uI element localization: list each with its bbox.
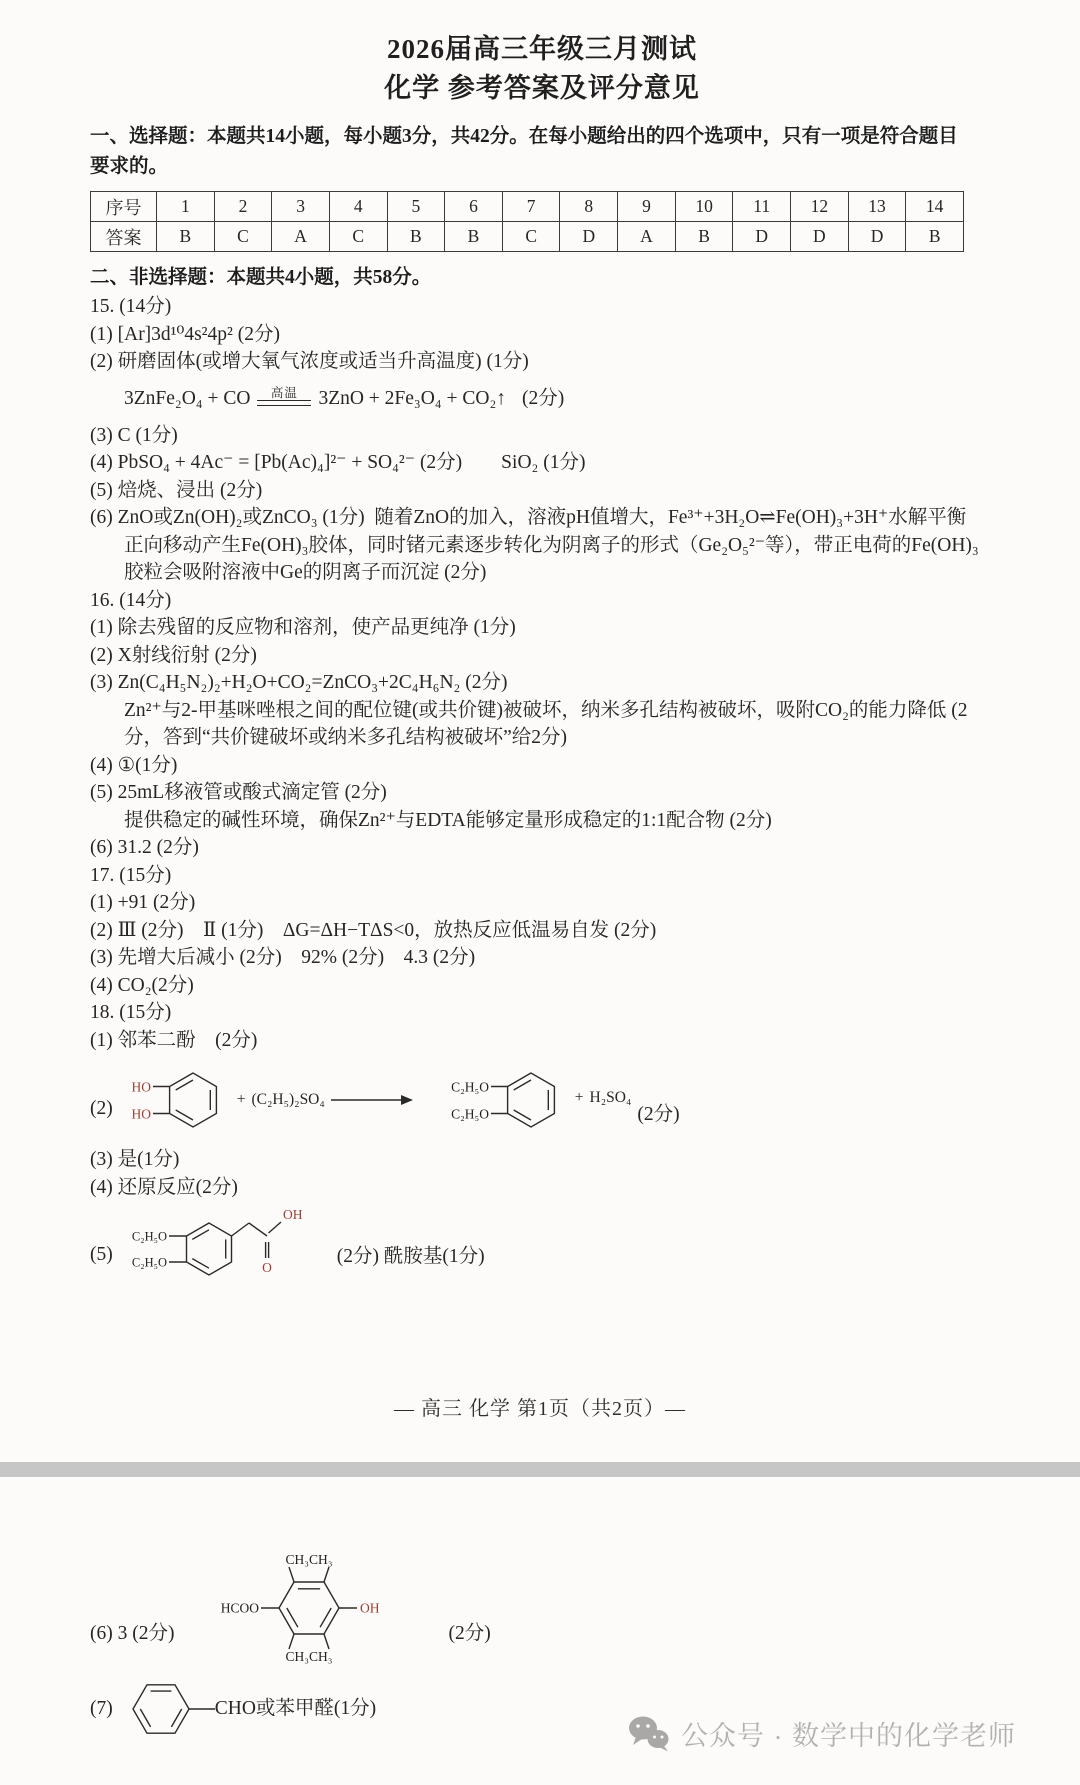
q16-item-2: (2) X射线衍射 (2分) bbox=[90, 642, 994, 670]
table-cell: B bbox=[445, 222, 503, 252]
catechol-structure: HO HO bbox=[113, 1054, 231, 1146]
q16-item-4: (4) ①(1分) bbox=[90, 752, 994, 780]
q16-item-5-line2: 提供稳定的碱性环境，确保Zn²⁺与EDTA能够定量形成稳定的1:1配合物 (2分… bbox=[90, 807, 994, 835]
table-cell: 12 bbox=[791, 192, 849, 222]
table-cell: D bbox=[560, 222, 618, 252]
benzene-ring-structure bbox=[121, 1672, 215, 1746]
q15-item-6-line2: 正向移动产生Fe(OH)₃胶体，同时锗元素逐步转化为阴离子的形式（Ge₂O₅²⁻… bbox=[90, 532, 994, 560]
equation-score: (2分) bbox=[522, 385, 564, 413]
hydroxy-label: HO bbox=[131, 1107, 151, 1122]
equation-right: 3ZnO + 2Fe₃O₄ + CO₂↑ bbox=[318, 385, 506, 413]
q16-title: 16. (14分) bbox=[90, 587, 994, 615]
reagent-formula: (C₂H₅)₂SO₄ bbox=[252, 1086, 325, 1114]
q18-item-3: (3) 是(1分) bbox=[90, 1146, 994, 1174]
q17-item-4: (4) CO₂(2分) bbox=[90, 972, 994, 1000]
q18-item-5-score: (2分) 酰胺基(1分) bbox=[337, 1243, 485, 1271]
q18-item-1: (1) 邻苯二酚 (2分) bbox=[90, 1027, 994, 1055]
carbonyl-oxygen-label: O bbox=[262, 1260, 272, 1275]
table-cell: A bbox=[618, 222, 676, 252]
table-cell: 7 bbox=[502, 192, 560, 222]
table-cell: 3 bbox=[272, 192, 330, 222]
table-cell: C bbox=[329, 222, 387, 252]
page-footer: — 高三 化学 第1页（共2页）— bbox=[0, 1392, 1080, 1421]
diethoxyphenyl-acetic-acid-structure: C₂H₅O C₂H₅O OH O bbox=[117, 1201, 327, 1289]
q16-item-3-line2: Zn²⁺与2-甲基咪唑根之间的配位键(或共价键)被破坏，纳米多孔结构被破坏，吸附… bbox=[90, 697, 994, 725]
q18-item-2-marker: (2) bbox=[90, 1095, 113, 1123]
q18-title: 18. (15分) bbox=[90, 999, 994, 1027]
table-cell: B bbox=[906, 222, 964, 252]
plus-sign: + bbox=[237, 1086, 246, 1114]
q18-item-7-text: CHO或苯甲醛(1分) bbox=[215, 1695, 376, 1723]
table-cell: 14 bbox=[906, 192, 964, 222]
q16-item-6: (6) 31.2 (2分) bbox=[90, 834, 994, 862]
ethoxy-label: C₂H₅O bbox=[451, 1107, 489, 1122]
q18-item-2-reaction: (2) HO HO + (C₂H₅)₂SO₄ bbox=[90, 1054, 994, 1146]
q15-item-6-line1: (6) ZnO或Zn(OH)₂或ZnCO₃ (1分) 随着ZnO的加入，溶液pH… bbox=[90, 504, 994, 532]
table-cell: 13 bbox=[848, 192, 906, 222]
table-cell: 4 bbox=[329, 192, 387, 222]
answer-table-number-row: 序号 1 2 3 4 5 6 7 8 9 10 11 12 13 14 bbox=[91, 192, 964, 222]
table-col-header: 答案 bbox=[91, 222, 157, 252]
section1-heading-line2: 要求的。 bbox=[90, 152, 994, 182]
q16-item-1: (1) 除去残留的反应物和溶剂，使产品更纯净 (1分) bbox=[90, 614, 994, 642]
reaction-condition: 高温 bbox=[257, 386, 311, 406]
table-cell: 5 bbox=[387, 192, 445, 222]
byproduct-formula: H₂SO₄ bbox=[590, 1084, 632, 1112]
q15-item-3: (3) C (1分) bbox=[90, 422, 994, 450]
table-cell: B bbox=[157, 222, 215, 252]
q18-item-7: (7) CHO或苯甲醛(1分) bbox=[90, 1672, 491, 1746]
q15-item-4: (4) PbSO₄ + 4Ac⁻ = [Pb(Ac)₄]²⁻ + SO₄²⁻ (… bbox=[90, 449, 994, 477]
table-cell: 1 bbox=[157, 192, 215, 222]
ethoxy-label: C₂H₅O bbox=[132, 1256, 167, 1270]
tetramethyl-phenol-formate-structure: HCOO OH CH₃CH₃ CH₃CH₃ bbox=[184, 1552, 434, 1664]
table-cell: C bbox=[502, 222, 560, 252]
plus-sign: + bbox=[575, 1084, 584, 1112]
wechat-icon bbox=[627, 1715, 671, 1752]
q18-item-7-marker: (7) bbox=[90, 1695, 113, 1723]
q17-item-1: (1) +91 (2分) bbox=[90, 889, 994, 917]
q16-item-5-line1: (5) 25mL移液管或酸式滴定管 (2分) bbox=[90, 779, 994, 807]
reaction-arrow-icon bbox=[329, 1092, 415, 1108]
diethoxybenzene-structure: C₂H₅O C₂H₅O bbox=[419, 1054, 569, 1146]
table-cell: 2 bbox=[214, 192, 272, 222]
table-cell: 9 bbox=[618, 192, 676, 222]
reaction-condition-line bbox=[257, 400, 311, 406]
reaction-score: (2分) bbox=[637, 1101, 679, 1129]
q18-item-5-marker: (5) bbox=[90, 1241, 113, 1269]
answer-table: 序号 1 2 3 4 5 6 7 8 9 10 11 12 13 14 答案 B… bbox=[90, 191, 964, 252]
table-cell: 6 bbox=[445, 192, 503, 222]
page2-fragment: (6) 3 (2分) HCOO OH CH₃CH₃ CH₃CH₃ (2分) (7… bbox=[90, 1552, 491, 1746]
table-cell: A bbox=[272, 222, 330, 252]
page-subtitle: 化学 参考答案及评分意见 bbox=[90, 69, 994, 108]
q17-title: 17. (15分) bbox=[90, 862, 994, 890]
equation-left: 3ZnFe₂O₄ + CO bbox=[124, 385, 250, 413]
q18-item-6-score: (2分) bbox=[448, 1620, 490, 1648]
table-cell: D bbox=[791, 222, 849, 252]
q16-item-3-line1: (3) Zn(C₄H₅N₂)₂+H₂O+CO₂=ZnCO₃+2C₄H₆N₂ (2… bbox=[90, 669, 994, 697]
table-cell: D bbox=[733, 222, 791, 252]
table-cell: B bbox=[387, 222, 445, 252]
table-cell: B bbox=[675, 222, 733, 252]
section1-heading-line1: 一、选择题：本题共14小题，每小题3分，共42分。在每小题给出的四个选项中，只有… bbox=[90, 122, 994, 152]
reaction-condition-label: 高温 bbox=[271, 386, 298, 400]
table-cell: 8 bbox=[560, 192, 618, 222]
table-cell: 11 bbox=[733, 192, 791, 222]
q15-equation: 3ZnFe₂O₄ + CO 高温 3ZnO + 2Fe₃O₄ + CO₂↑ (2… bbox=[90, 376, 994, 422]
q17-item-3: (3) 先增大后减小 (2分) 92% (2分) 4.3 (2分) bbox=[90, 944, 994, 972]
watermark: 公众号 · 数学中的化学老师 bbox=[627, 1714, 1016, 1753]
page-title: 2026届高三年级三月测试 bbox=[90, 30, 994, 69]
answer-table-answer-row: 答案 B C A C B B C D A B D D D B bbox=[91, 222, 964, 252]
formate-label: HCOO bbox=[221, 1601, 260, 1616]
watermark-label: 公众号 · 数学中的化学老师 bbox=[681, 1714, 1016, 1753]
methyl-label: CH₃CH₃ bbox=[286, 1552, 333, 1567]
table-col-header: 序号 bbox=[91, 192, 157, 222]
page-divider bbox=[0, 1462, 1080, 1477]
hydroxy-label: OH bbox=[360, 1601, 380, 1616]
q15-item-6-line3: 胶粒会吸附溶液中Ge的阴离子而沉淀 (2分) bbox=[90, 559, 994, 587]
hydroxy-label: OH bbox=[283, 1207, 303, 1222]
q15-item-2: (2) 研磨固体(或增大氧气浓度或适当升高温度) (1分) bbox=[90, 348, 994, 376]
document-page: 2026届高三年级三月测试 化学 参考答案及评分意见 一、选择题：本题共14小题… bbox=[0, 0, 1080, 1289]
table-cell: 10 bbox=[675, 192, 733, 222]
q15-item-5: (5) 焙烧、浸出 (2分) bbox=[90, 477, 994, 505]
methyl-label: CH₃CH₃ bbox=[286, 1649, 333, 1664]
ethoxy-label: C₂H₅O bbox=[132, 1230, 167, 1244]
q18-item-4: (4) 还原反应(2分) bbox=[90, 1174, 994, 1202]
q16-item-3-line3: 分，答到“共价键破坏或纳米多孔结构被破坏”给2分) bbox=[90, 724, 994, 752]
q15-title: 15. (14分) bbox=[90, 293, 994, 321]
q18-item-6: (6) 3 (2分) HCOO OH CH₃CH₃ CH₃CH₃ (2分) bbox=[90, 1552, 491, 1664]
table-cell: D bbox=[848, 222, 906, 252]
q17-item-2: (2) Ⅲ (2分) Ⅱ (1分) ΔG=ΔH−TΔS<0，放热反应低温易自发 … bbox=[90, 917, 994, 945]
q18-item-5: (5) C₂H₅O C₂H₅O OH O (2分) 酰胺基(1分) bbox=[90, 1201, 994, 1289]
table-cell: C bbox=[214, 222, 272, 252]
hydroxy-label: HO bbox=[131, 1080, 151, 1095]
ethoxy-label: C₂H₅O bbox=[451, 1080, 489, 1095]
section2-heading: 二、非选择题：本题共4小题，共58分。 bbox=[90, 263, 994, 293]
spacer bbox=[90, 108, 994, 122]
q18-item-6-marker: (6) 3 (2分) bbox=[90, 1620, 174, 1648]
q15-item-1: (1) [Ar]3d¹⁰4s²4p² (2分) bbox=[90, 321, 994, 349]
